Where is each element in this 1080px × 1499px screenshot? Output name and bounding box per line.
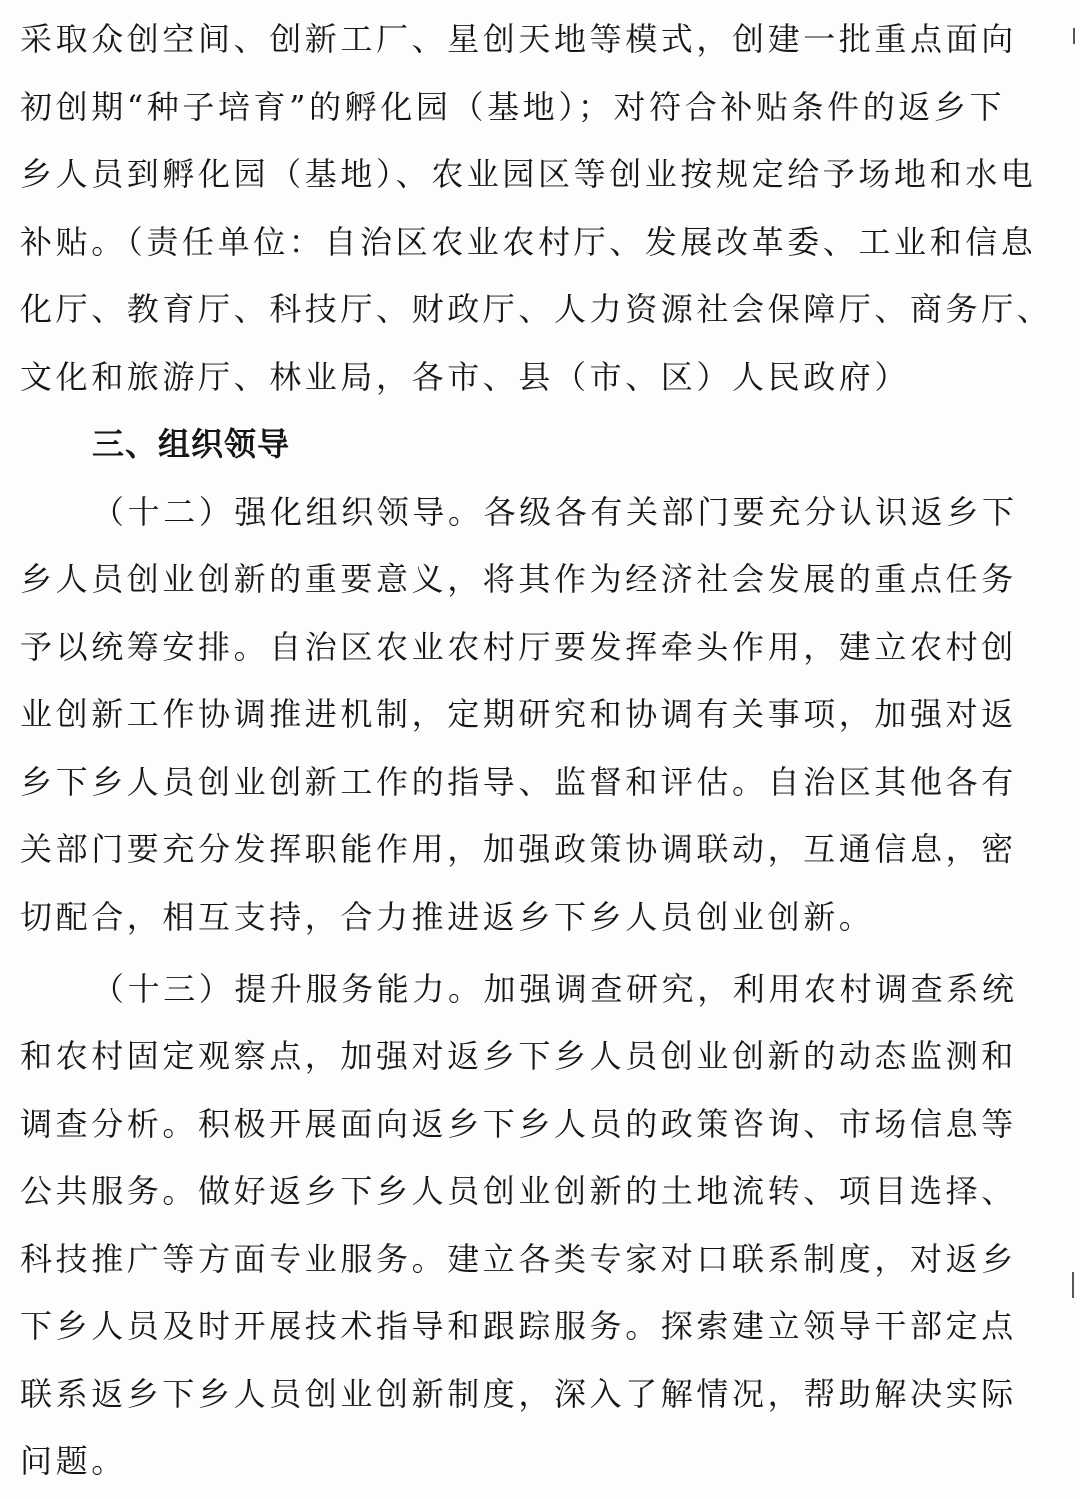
scan-artifact-mark xyxy=(1072,1272,1074,1298)
text-line: （十三）提升服务能力。加强调查研究，利用农村调查系统 xyxy=(92,969,1060,1009)
text-line: 业创新工作协调推进机制，定期研究和协调有关事项，加强对返 xyxy=(20,694,1060,734)
scanned-document-page: 采取众创空间、创新工厂、星创天地等模式，创建一批重点面向 初创期“种子培育”的孵… xyxy=(0,0,1080,1499)
text-line: 调查分析。积极开展面向返乡下乡人员的政策咨询、市场信息等 xyxy=(20,1104,1060,1144)
text-line: 联系返乡下乡人员创业创新制度，深入了解情况，帮助解决实际 xyxy=(20,1374,1060,1414)
text-line: 切配合，相互支持，合力推进返乡下乡人员创业创新。 xyxy=(20,897,1060,937)
text-line: 补贴。（责任单位：自治区农业农村厅、发展改革委、工业和信息 xyxy=(20,222,1060,262)
text-line: 关部门要充分发挥职能作用，加强政策协调联动，互通信息，密 xyxy=(20,829,1060,869)
text-line: 乡人员到孵化园（基地）、农业园区等创业按规定给予场地和水电 xyxy=(20,154,1060,194)
text-line: 初创期“种子培育”的孵化园（基地）；对符合补贴条件的返乡下 xyxy=(20,87,1060,127)
scan-artifact-mark xyxy=(1073,28,1075,44)
text-line: 下乡人员及时开展技术指导和跟踪服务。探索建立领导干部定点 xyxy=(20,1306,1060,1346)
text-line: 问题。 xyxy=(20,1441,1060,1481)
text-line: （十二）强化组织领导。各级各有关部门要充分认识返乡下 xyxy=(92,492,1060,532)
text-line: 乡人员创业创新的重要意义，将其作为经济社会发展的重点任务 xyxy=(20,559,1060,599)
text-line: 化厅、教育厅、科技厅、财政厅、人力资源社会保障厅、商务厅、 xyxy=(20,289,1060,329)
text-line: 科技推广等方面专业服务。建立各类专家对口联系制度，对返乡 xyxy=(20,1239,1060,1279)
section-heading: 三、组织领导 xyxy=(92,424,1080,464)
text-line: 予以统筹安排。自治区农业农村厅要发挥牵头作用，建立农村创 xyxy=(20,627,1060,667)
text-line: 和农村固定观察点，加强对返乡下乡人员创业创新的动态监测和 xyxy=(20,1036,1060,1076)
text-line: 采取众创空间、创新工厂、星创天地等模式，创建一批重点面向 xyxy=(20,19,1060,59)
text-line: 文化和旅游厅、林业局，各市、县（市、区）人民政府） xyxy=(20,357,1060,397)
text-line: 公共服务。做好返乡下乡人员创业创新的土地流转、项目选择、 xyxy=(20,1171,1060,1211)
text-line: 乡下乡人员创业创新工作的指导、监督和评估。自治区其他各有 xyxy=(20,762,1060,802)
